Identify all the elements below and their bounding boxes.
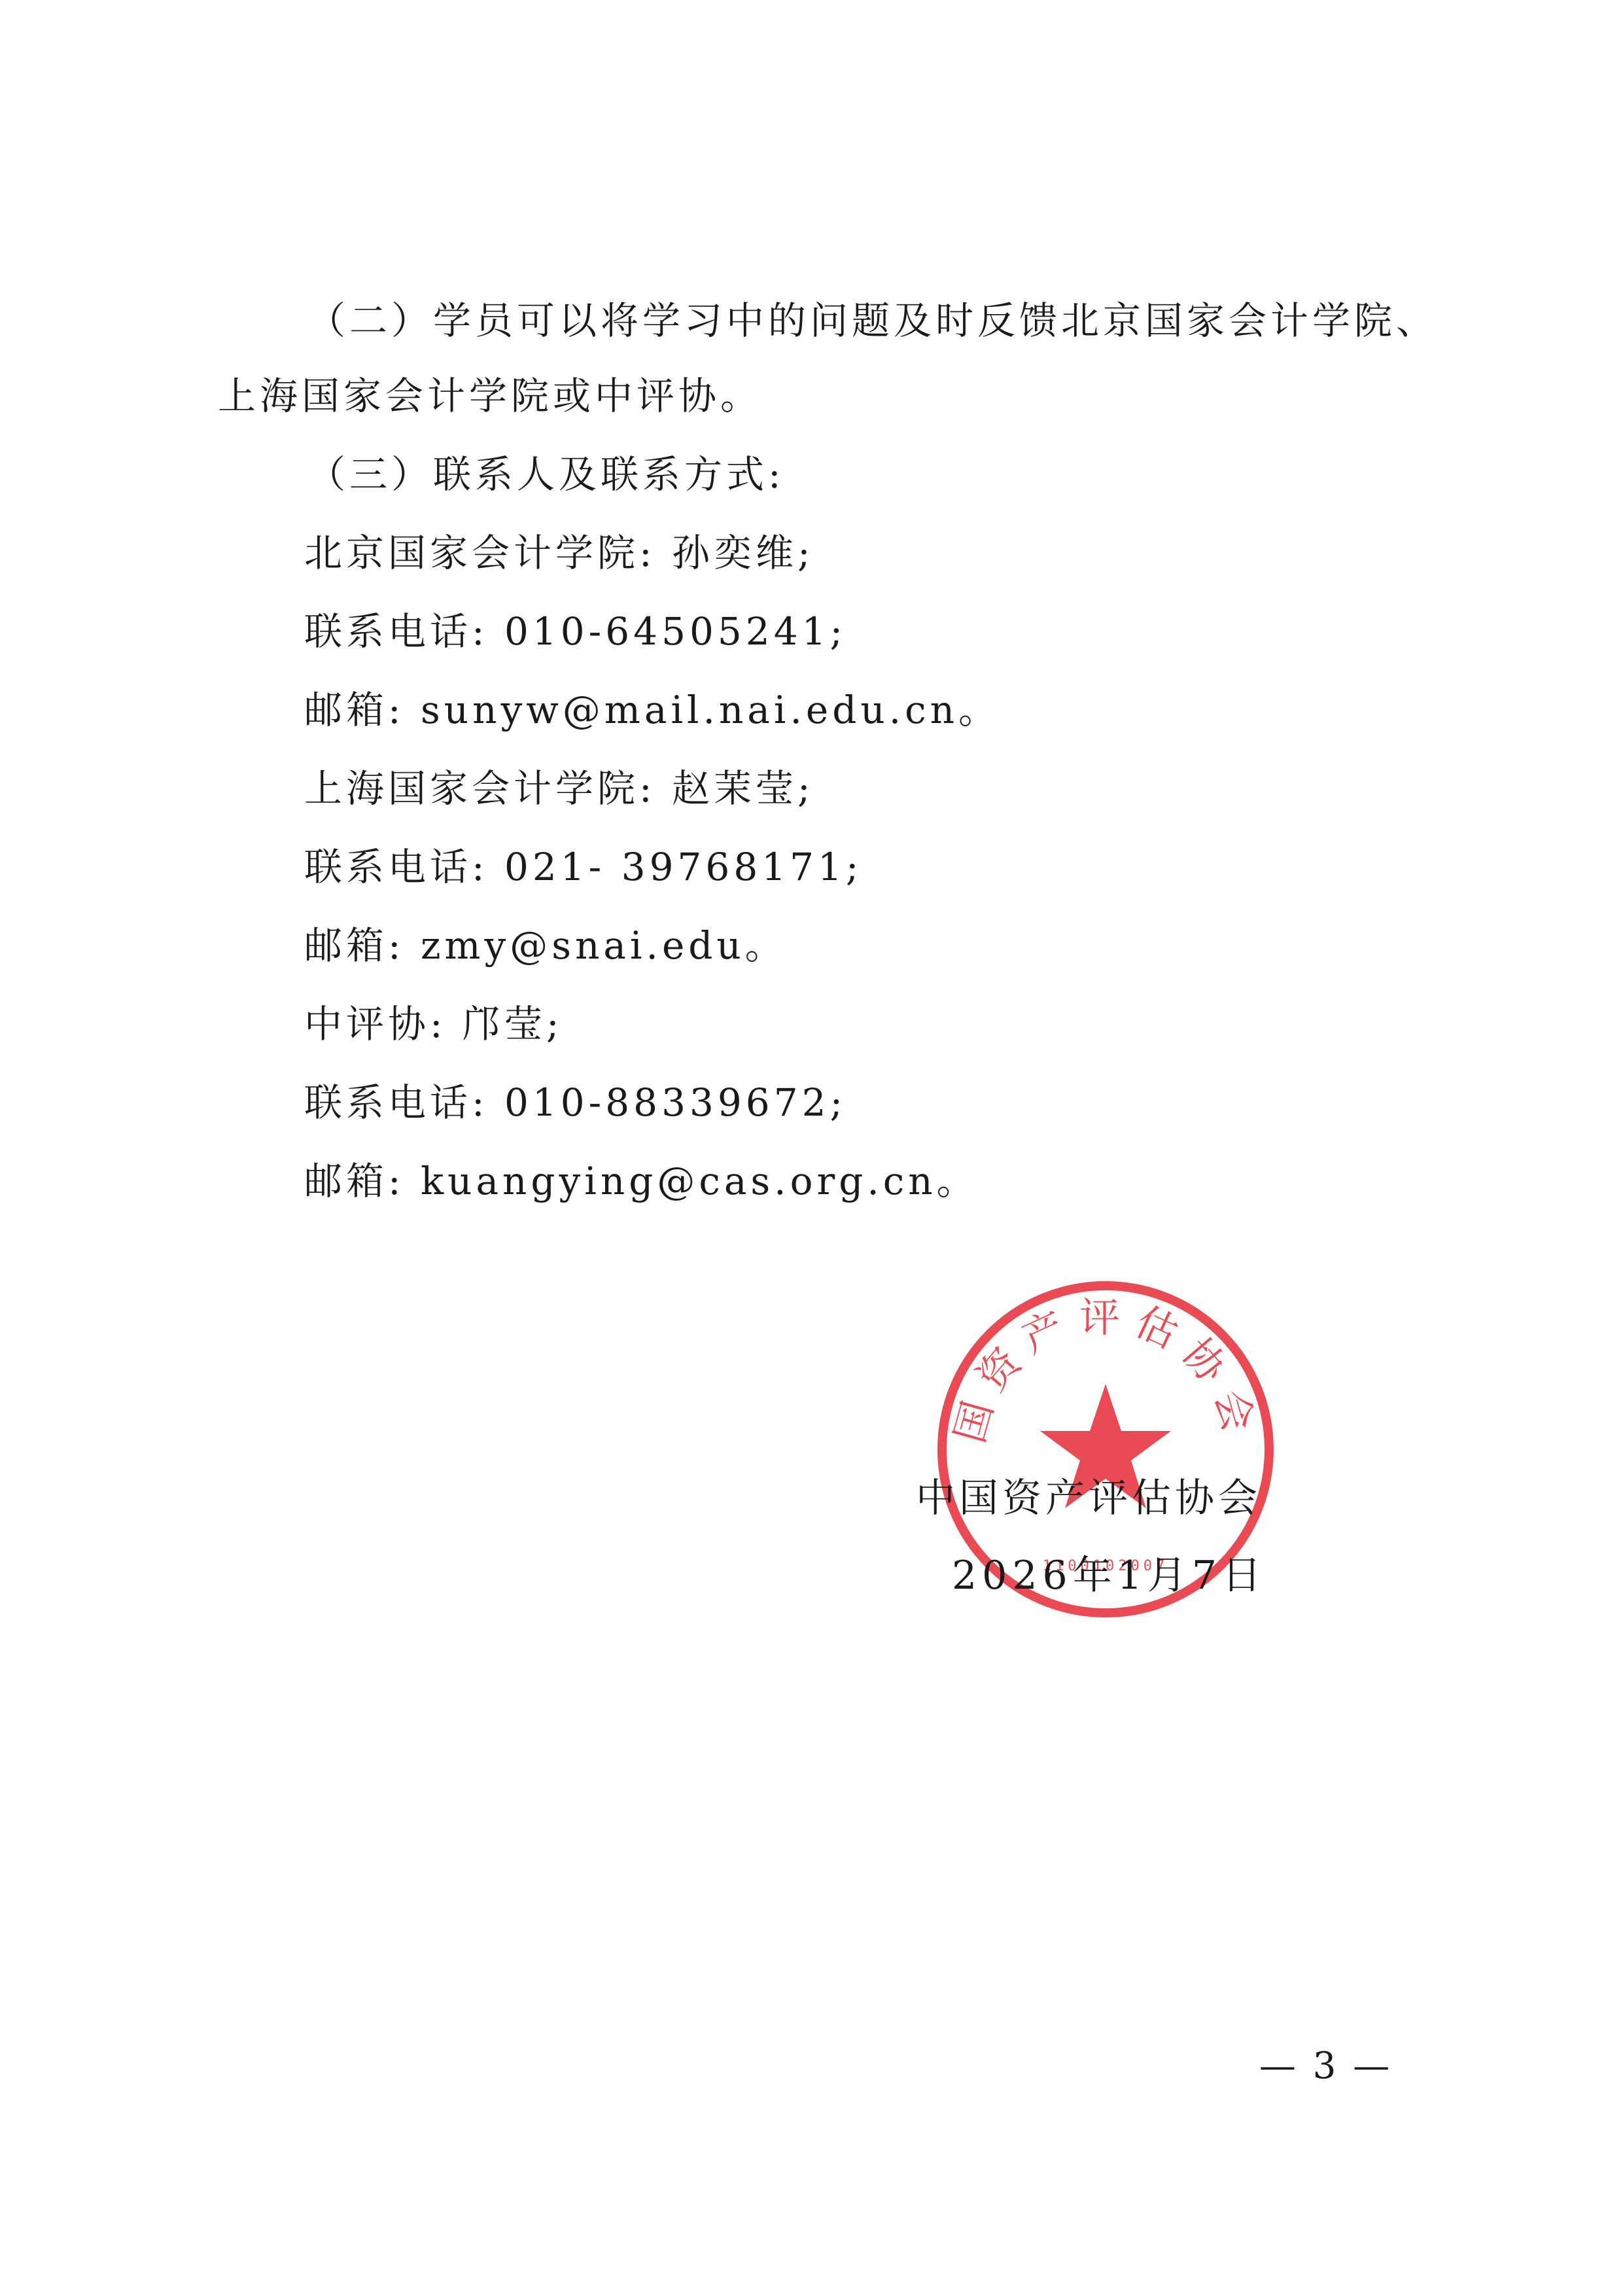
paragraph-item-2-line-1: （二）学员可以将学习中的问题及时反馈北京国家会计学院、 <box>307 294 1438 347</box>
contact-shanghai-phone: 联系电话: 021- 39768171; <box>304 841 862 893</box>
contact-beijing-phone: 联系电话: 010-64505241; <box>304 605 846 658</box>
section-heading-contacts: （三）联系人及联系方式: <box>307 448 785 501</box>
contact-shanghai-email: 邮箱: zmy@snai.edu。 <box>304 919 787 972</box>
paragraph-item-2-line-2: 上海国家会计学院或中评协。 <box>218 370 762 422</box>
issuer-signature: 中国资产评估协会 <box>916 1472 1261 1525</box>
contact-cas-email: 邮箱: kuangying@cas.org.cn。 <box>304 1155 979 1207</box>
document-page: （二）学员可以将学习中的问题及时反馈北京国家会计学院、 上海国家会计学院或中评协… <box>0 0 1623 2296</box>
issue-date: 2026年1月7日 <box>952 1549 1266 1602</box>
contact-shanghai-org: 上海国家会计学院: 赵茉莹; <box>304 762 814 815</box>
contact-beijing-org: 北京国家会计学院: 孙奕维; <box>304 527 814 579</box>
contact-cas-phone: 联系电话: 010-88339672; <box>304 1076 846 1129</box>
contact-beijing-email: 邮箱: sunyw@mail.nai.edu.cn。 <box>304 684 1000 736</box>
page-number: — 3 — <box>1259 2040 1392 2093</box>
contact-cas-org: 中评协: 邝莹; <box>304 998 563 1050</box>
